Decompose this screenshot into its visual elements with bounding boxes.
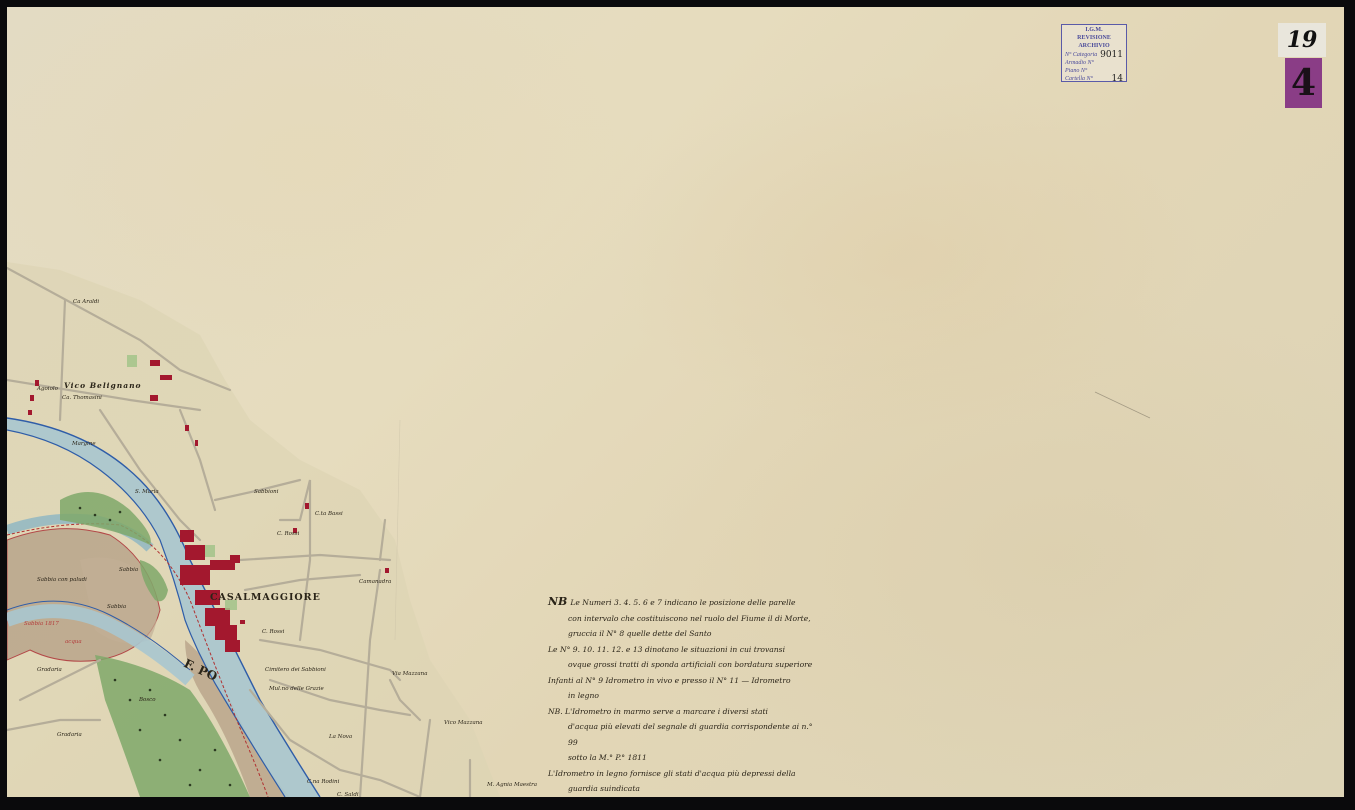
stamp-categoria-value: 9011	[1100, 51, 1123, 59]
legend-line-3: gruccia il N° 8 quelle dette del Santo	[548, 626, 816, 642]
legend-line-1: Le Numeri 3. 4. 5. 6 e 7 indicano le pos…	[570, 598, 795, 607]
label-gradaria-2: Gradaria	[57, 732, 82, 738]
label-agoiolo: Agoiolo	[37, 386, 58, 392]
label-la-nova: La Nova	[329, 734, 352, 740]
stamp-categoria-label: N° Categoria	[1065, 51, 1097, 59]
label-mulino-grazie: Mul.no delle Grazie	[269, 686, 324, 692]
label-sabbia-paludi: Sabbia con paludi	[37, 577, 87, 583]
legend-line-8: NB. L'Idrometro in marmo serve a marcare…	[548, 704, 816, 720]
legend-line-12: guardia suindicata	[548, 781, 816, 797]
nb-mark: NB	[548, 595, 567, 608]
label-sabbia-1: Sabbia	[119, 567, 138, 573]
legend-line-6: Infanti al N° 9 Idrometro in vivo e pres…	[548, 673, 816, 689]
label-c-rodini: C.na Rodini	[307, 779, 339, 785]
label-cimitero: Cimitero dei Sabbioni	[265, 667, 326, 673]
label-gradaria-1: Gradaria	[37, 667, 62, 673]
label-vico-belignano: Vico Belignano	[64, 381, 142, 390]
stamp-igm: I.G.M.	[1065, 26, 1123, 34]
stamp-armadio-row: Armadio N°	[1065, 59, 1123, 67]
label-sabbia-1817: Sabbia 1817	[24, 621, 59, 627]
legend-line-2: con intervalo che costituiscono nel ruol…	[548, 611, 816, 627]
legend-line-10: sotto la M.° P.° 1811	[548, 750, 816, 766]
label-agnia-maestra: M. Agnia Maestra	[487, 782, 537, 788]
stamp-cartella-label: Cartella N°	[1065, 75, 1093, 83]
label-c-saldi: C. Saldi	[337, 792, 359, 797]
stamp-piano-label: Piano N°	[1065, 67, 1087, 75]
label-s-maria: S. Maria	[135, 489, 159, 495]
label-ca-araldi: Ca Araldi	[73, 299, 99, 305]
label-casalmaggiore: CASALMAGGIORE	[210, 592, 321, 603]
stamp-categoria-row: N° Categoria 9011	[1065, 51, 1123, 59]
legend-line-5: ovque grossi tratti di sponda artificial…	[548, 657, 816, 673]
stamp-cartella-row: Cartella N° 14	[1065, 75, 1123, 83]
label-sabbia-2: Sabbia	[107, 604, 126, 610]
legend-line-4: Le N° 9. 10. 11. 12. e 13 dinotano le si…	[548, 642, 816, 658]
archive-stamp: I.G.M. REVISIONE ARCHIVIO N° Categoria 9…	[1061, 24, 1127, 82]
label-ca-thomasini: Ca. Thomasini	[62, 395, 102, 401]
stamp-armadio-label: Armadio N°	[1065, 59, 1094, 67]
legend-note: NBLe Numeri 3. 4. 5. 6 e 7 indicano le p…	[548, 594, 816, 797]
legend-line-11: L'Idrometro in legno fornisce gli stati …	[548, 766, 816, 782]
legend-line-9: d'acqua più elevati del segnale di guard…	[548, 719, 816, 750]
label-camanadra: Camanadra	[359, 579, 391, 585]
label-c-rossi-2: C. Rossi	[262, 629, 284, 635]
sheet-number-tag: 19	[1278, 23, 1326, 57]
label-c-rossi: C. Rossi	[277, 531, 299, 537]
label-sabbioni: Sabbioni	[254, 489, 278, 495]
label-c-bassi: C.ta Bassi	[315, 511, 343, 517]
stamp-revisione: REVISIONE ARCHIVIO	[1065, 34, 1123, 50]
label-margine: Margine	[72, 441, 96, 447]
label-vico-mazzana: Vico Mazzana	[444, 720, 483, 726]
label-bosco: Bosco	[139, 697, 156, 703]
folder-number-tag: 4	[1285, 58, 1322, 108]
label-acqua: acqua	[65, 639, 82, 645]
label-via-mazzana: Via Mazzana	[392, 671, 427, 677]
legend-line-7: in legno	[548, 688, 816, 704]
stamp-cartella-value: 14	[1112, 75, 1123, 83]
